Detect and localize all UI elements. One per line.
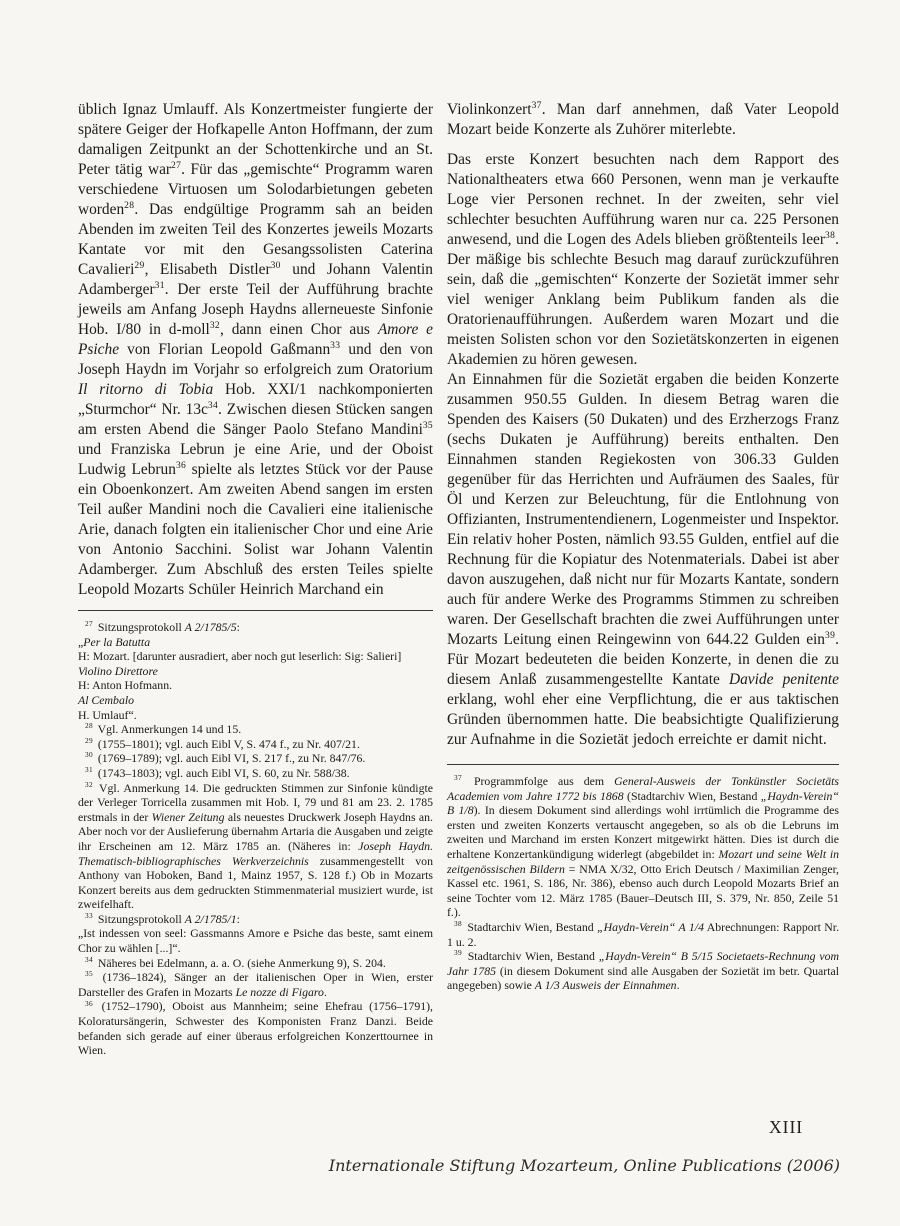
footnote-reference: 39 — [825, 630, 835, 641]
footnote-marker: 37 — [454, 773, 462, 782]
left-footnotes: 27 Sitzungsprotokoll A 2/1785/5: „Per la… — [78, 620, 433, 1058]
right-column: Violinkonzert37. Man darf annehmen, daß … — [447, 100, 839, 993]
footnote-marker: 39 — [454, 948, 462, 957]
footnote-marker: 31 — [85, 765, 93, 774]
footnote: 33 Sitzungsprotokoll A 2/1785/1: „Ist in… — [78, 912, 433, 956]
footnote-reference: 38 — [825, 230, 835, 241]
footnote: 27 Sitzungsprotokoll A 2/1785/5: „Per la… — [78, 620, 433, 722]
footnote-reference: 37 — [532, 100, 542, 111]
right-main-text: Violinkonzert37. Man darf annehmen, daß … — [447, 100, 839, 750]
left-main-text: üblich Ignaz Umlauff. Als Konzertmeister… — [78, 100, 433, 600]
footnote: 39 Stadtarchiv Wien, Bestand „Haydn-Vere… — [447, 949, 839, 993]
body-paragraph: Violinkonzert37. Man darf annehmen, daß … — [447, 100, 839, 140]
footnote: 31 (1743–1803); vgl. auch Eibl VI, S. 60… — [78, 766, 433, 781]
right-footnotes: 37 Programmfolge aus dem General-Ausweis… — [447, 774, 839, 993]
footnote-marker: 29 — [85, 736, 93, 745]
footnote-marker: 35 — [85, 969, 93, 978]
footnote: 34 Näheres bei Edelmann, a. a. O. (siehe… — [78, 956, 433, 971]
page-number: XIII — [769, 1117, 803, 1138]
footnote-marker: 27 — [85, 619, 93, 628]
footnote-reference: 34 — [208, 400, 218, 411]
footnote-reference: 36 — [176, 460, 186, 471]
footnote-marker: 34 — [85, 955, 93, 964]
body-paragraph: An Einnahmen für die Sozietät ergaben di… — [447, 370, 839, 750]
footnote-marker: 33 — [85, 911, 93, 920]
footnote: 29 (1755–1801); vgl. auch Eibl V, S. 474… — [78, 737, 433, 752]
body-paragraph: Das erste Konzert besuchten nach dem Rap… — [447, 150, 839, 370]
footnote-reference: 33 — [330, 340, 340, 351]
publication-footer: Internationale Stiftung Mozarteum, Onlin… — [0, 1156, 840, 1175]
footnote-separator — [78, 610, 433, 611]
footnote-marker: 28 — [85, 721, 93, 730]
footnote-marker: 30 — [85, 750, 93, 759]
body-paragraph: üblich Ignaz Umlauff. Als Konzertmeister… — [78, 100, 433, 600]
footnote: 30 (1769–1789); vgl. auch Eibl VI, S. 21… — [78, 751, 433, 766]
footnote-marker: 36 — [85, 999, 93, 1008]
footnote-reference: 35 — [423, 420, 433, 431]
footnote: 38 Stadtarchiv Wien, Bestand „Haydn-Vere… — [447, 920, 839, 949]
footnote-marker: 32 — [85, 780, 93, 789]
footnote-separator — [447, 764, 839, 765]
footnote: 28 Vgl. Anmerkungen 14 und 15. — [78, 722, 433, 737]
footnote: 37 Programmfolge aus dem General-Ausweis… — [447, 774, 839, 920]
footnote-reference: 28 — [124, 200, 134, 211]
footnote-reference: 30 — [271, 260, 281, 271]
footnote: 36 (1752–1790), Oboist aus Mannheim; sei… — [78, 999, 433, 1057]
scanned-book-page: üblich Ignaz Umlauff. Als Konzertmeister… — [0, 0, 900, 1226]
footnote-reference: 27 — [171, 160, 181, 171]
left-column: üblich Ignaz Umlauff. Als Konzertmeister… — [78, 100, 433, 1058]
footnote-reference: 31 — [155, 280, 165, 291]
footnote-reference: 32 — [210, 320, 220, 331]
footnote: 35 (1736–1824), Sänger an der italienisc… — [78, 970, 433, 999]
footnote-marker: 38 — [454, 919, 462, 928]
footnote: 32 Vgl. Anmerkung 14. Die gedruckten Sti… — [78, 781, 433, 912]
footnote-reference: 29 — [134, 260, 144, 271]
